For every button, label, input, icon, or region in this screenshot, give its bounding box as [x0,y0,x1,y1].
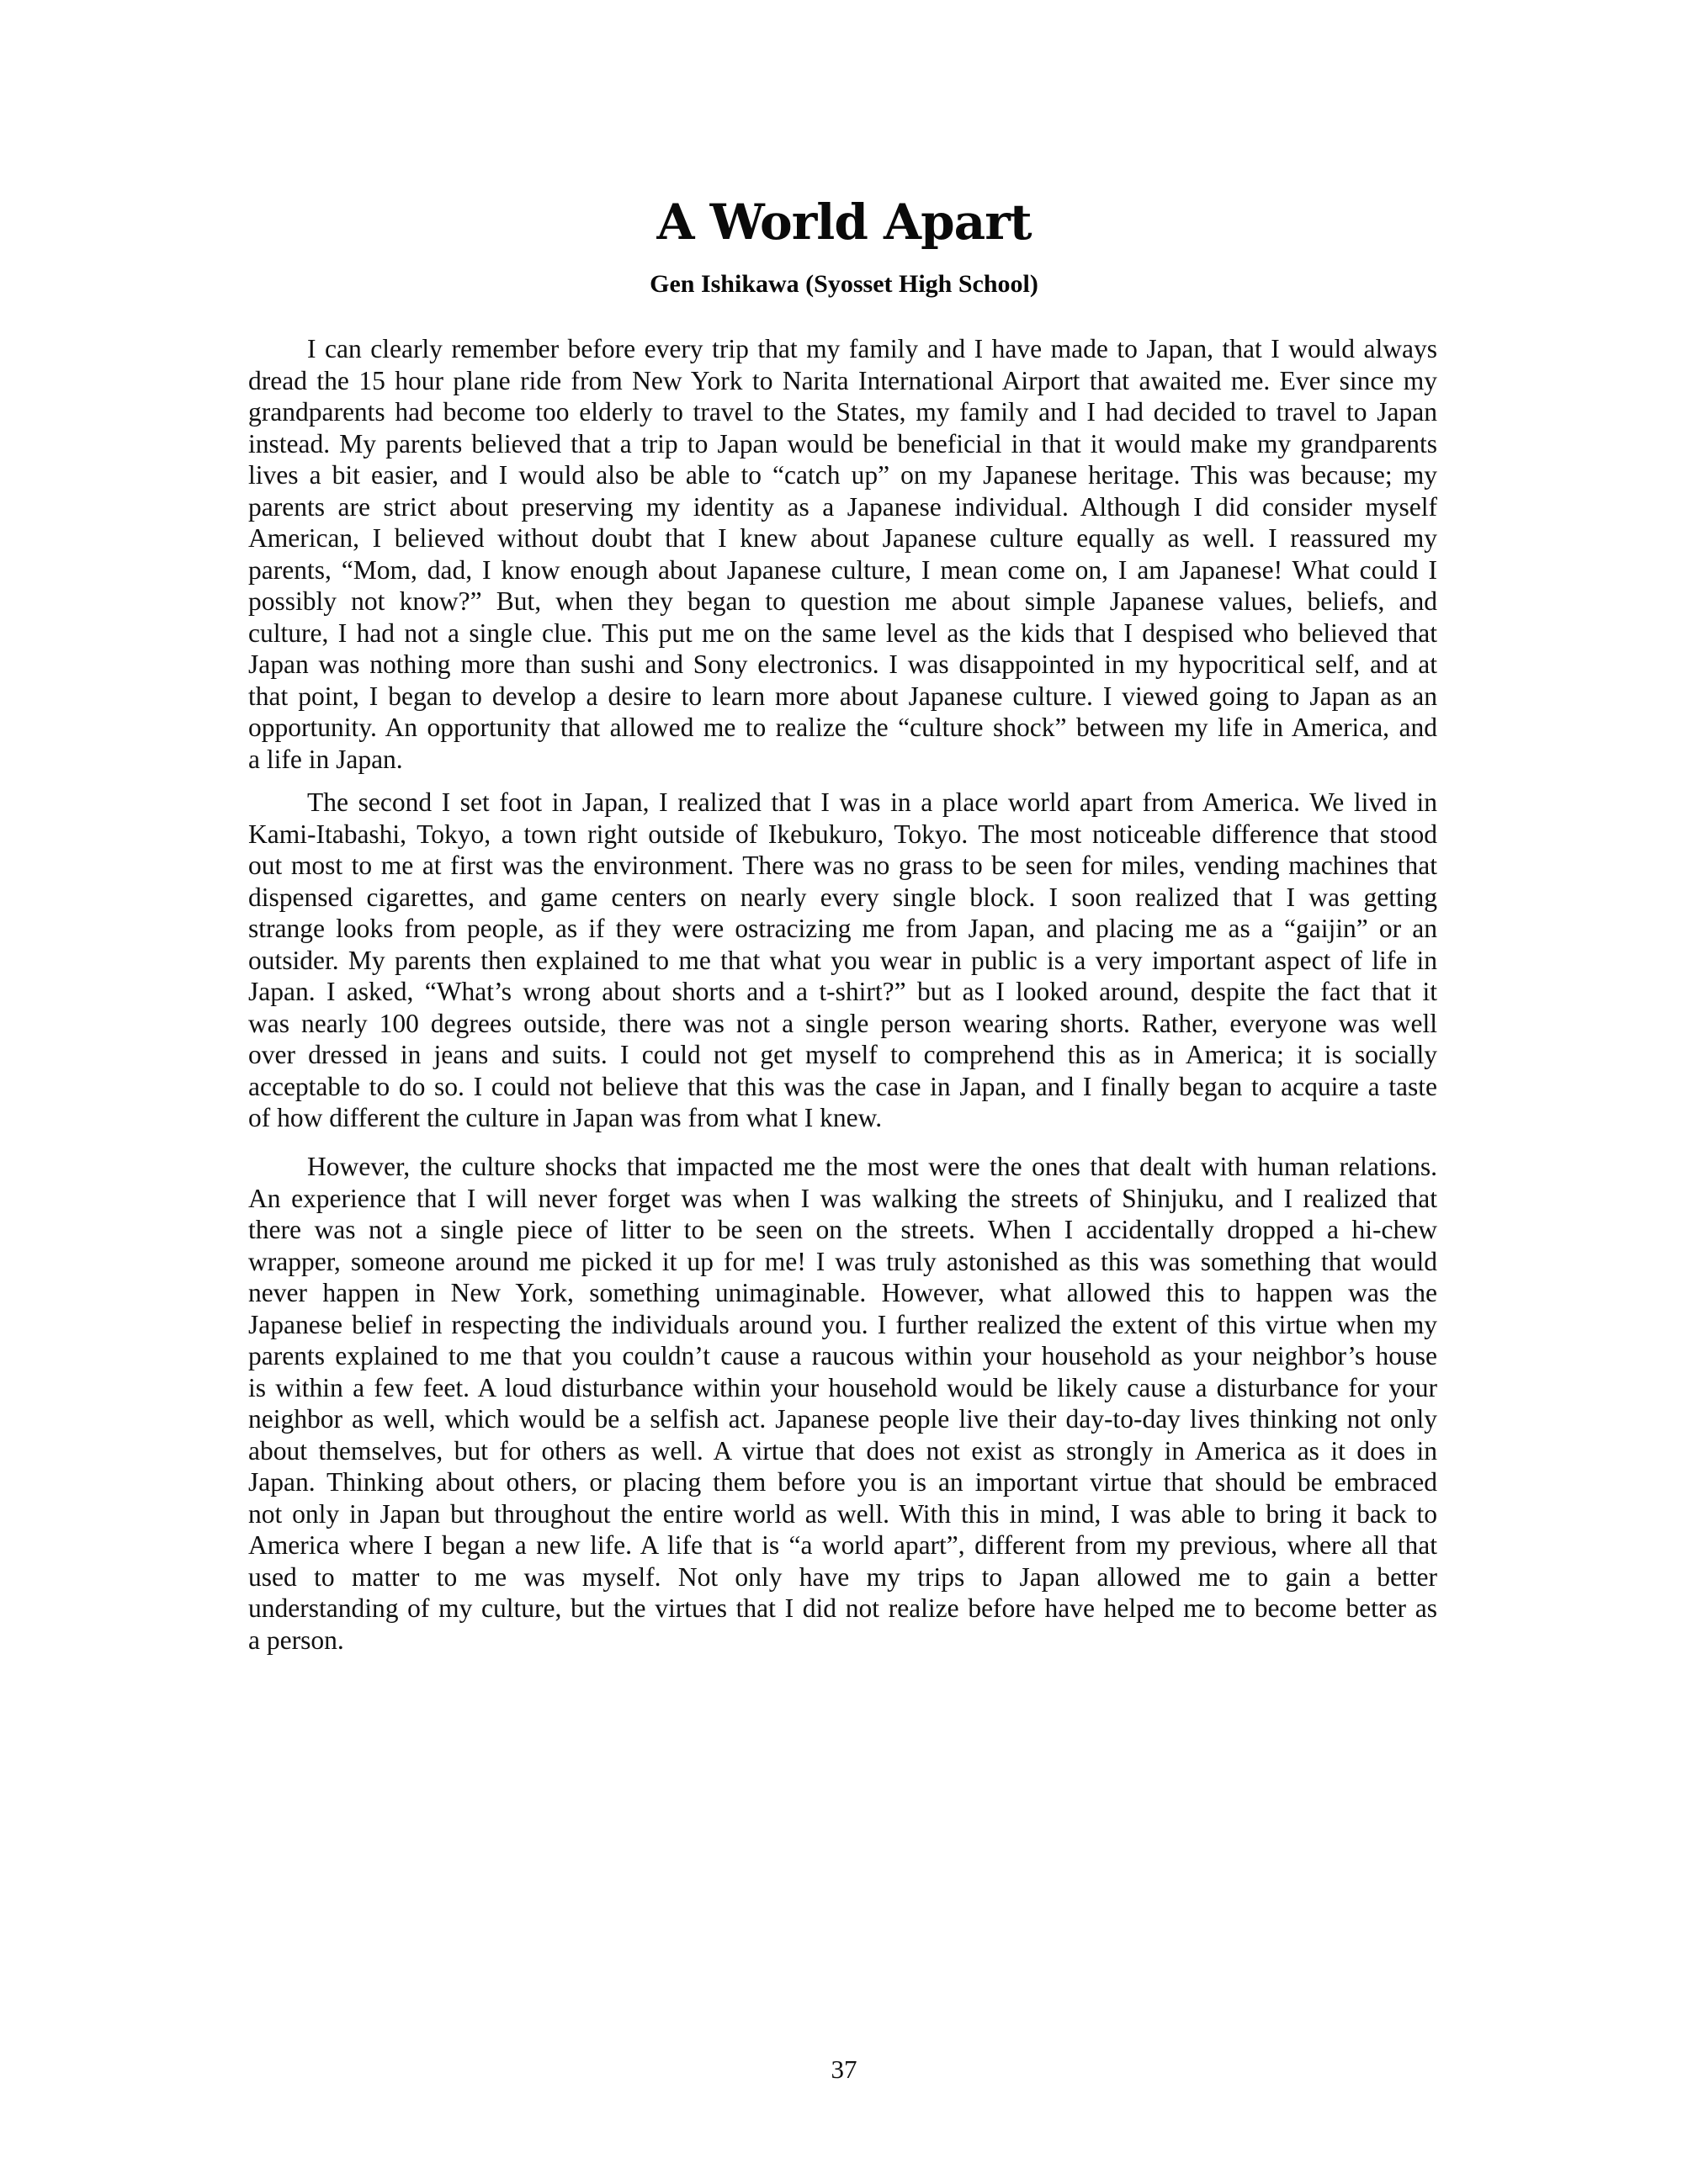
text-line: of how different the culture in Japan wa… [248,1102,1437,1134]
text-line: out most to me at first was the environm… [248,850,1437,882]
paragraph-3: However, the culture shocks that impacte… [248,1151,1437,1656]
text-line: Kami-Itabashi, Tokyo, a town right outsi… [248,819,1437,851]
text-line: not only in Japan but throughout the ent… [248,1498,1437,1530]
text-line: is within a few feet. A loud disturbance… [248,1372,1437,1404]
text-line: acceptable to do so. I could not believe… [248,1071,1437,1103]
text-line: America where I began a new life. A life… [248,1529,1437,1561]
text-line: outsider. My parents then explained to m… [248,945,1437,977]
text-line: instead. My parents believed that a trip… [248,428,1437,460]
text-line: a life in Japan. [248,744,1437,776]
text-line: understanding of my culture, but the vir… [248,1593,1437,1625]
text-line: American, I believed without doubt that … [248,522,1437,554]
paragraph-1: I can clearly remember before every trip… [248,333,1437,775]
page-number: 37 [0,2053,1688,2086]
document-page: A World Apart Gen Ishikawa (Syosset High… [0,0,1688,2184]
text-line: never happen in New York, something unim… [248,1277,1437,1309]
text-line: opportunity. An opportunity that allowed… [248,712,1437,744]
author-byline: Gen Ishikawa (Syosset High School) [0,268,1688,301]
page-title: A World Apart [0,192,1688,252]
text-line: lives a bit easier, and I would also be … [248,459,1437,491]
text-line: parents, “Mom, dad, I know enough about … [248,554,1437,586]
text-line: Japan. I asked, “What’s wrong about shor… [248,976,1437,1008]
text-line: about themselves, but for others as well… [248,1435,1437,1467]
text-line: strange looks from people, as if they we… [248,913,1437,945]
text-line: a person. [248,1625,1437,1657]
text-line: neighbor as well, which would be a selfi… [248,1403,1437,1435]
paragraph-2: The second I set foot in Japan, I realiz… [248,787,1437,1134]
text-line: grandparents had become too elderly to t… [248,396,1437,428]
text-line: The second I set foot in Japan, I realiz… [248,787,1437,819]
text-line: over dressed in jeans and suits. I could… [248,1039,1437,1071]
text-line: used to matter to me was myself. Not onl… [248,1561,1437,1593]
text-line: possibly not know?” But, when they began… [248,586,1437,618]
text-line: parents are strict about preserving my i… [248,491,1437,523]
text-line: I can clearly remember before every trip… [248,333,1437,365]
text-line: Japan was nothing more than sushi and So… [248,649,1437,681]
text-line: dread the 15 hour plane ride from New Yo… [248,365,1437,397]
text-line: there was not a single piece of litter t… [248,1214,1437,1246]
text-line: An experience that I will never forget w… [248,1183,1437,1215]
text-line: dispensed cigarettes, and game centers o… [248,882,1437,914]
text-line: culture, I had not a single clue. This p… [248,618,1437,649]
text-line: Japanese belief in respecting the indivi… [248,1309,1437,1341]
text-line: that point, I began to develop a desire … [248,681,1437,713]
text-line: was nearly 100 degrees outside, there wa… [248,1008,1437,1040]
text-line: wrapper, someone around me picked it up … [248,1246,1437,1278]
text-line: Japan. Thinking about others, or placing… [248,1466,1437,1498]
text-line: However, the culture shocks that impacte… [248,1151,1437,1183]
text-line: parents explained to me that you couldn’… [248,1340,1437,1372]
